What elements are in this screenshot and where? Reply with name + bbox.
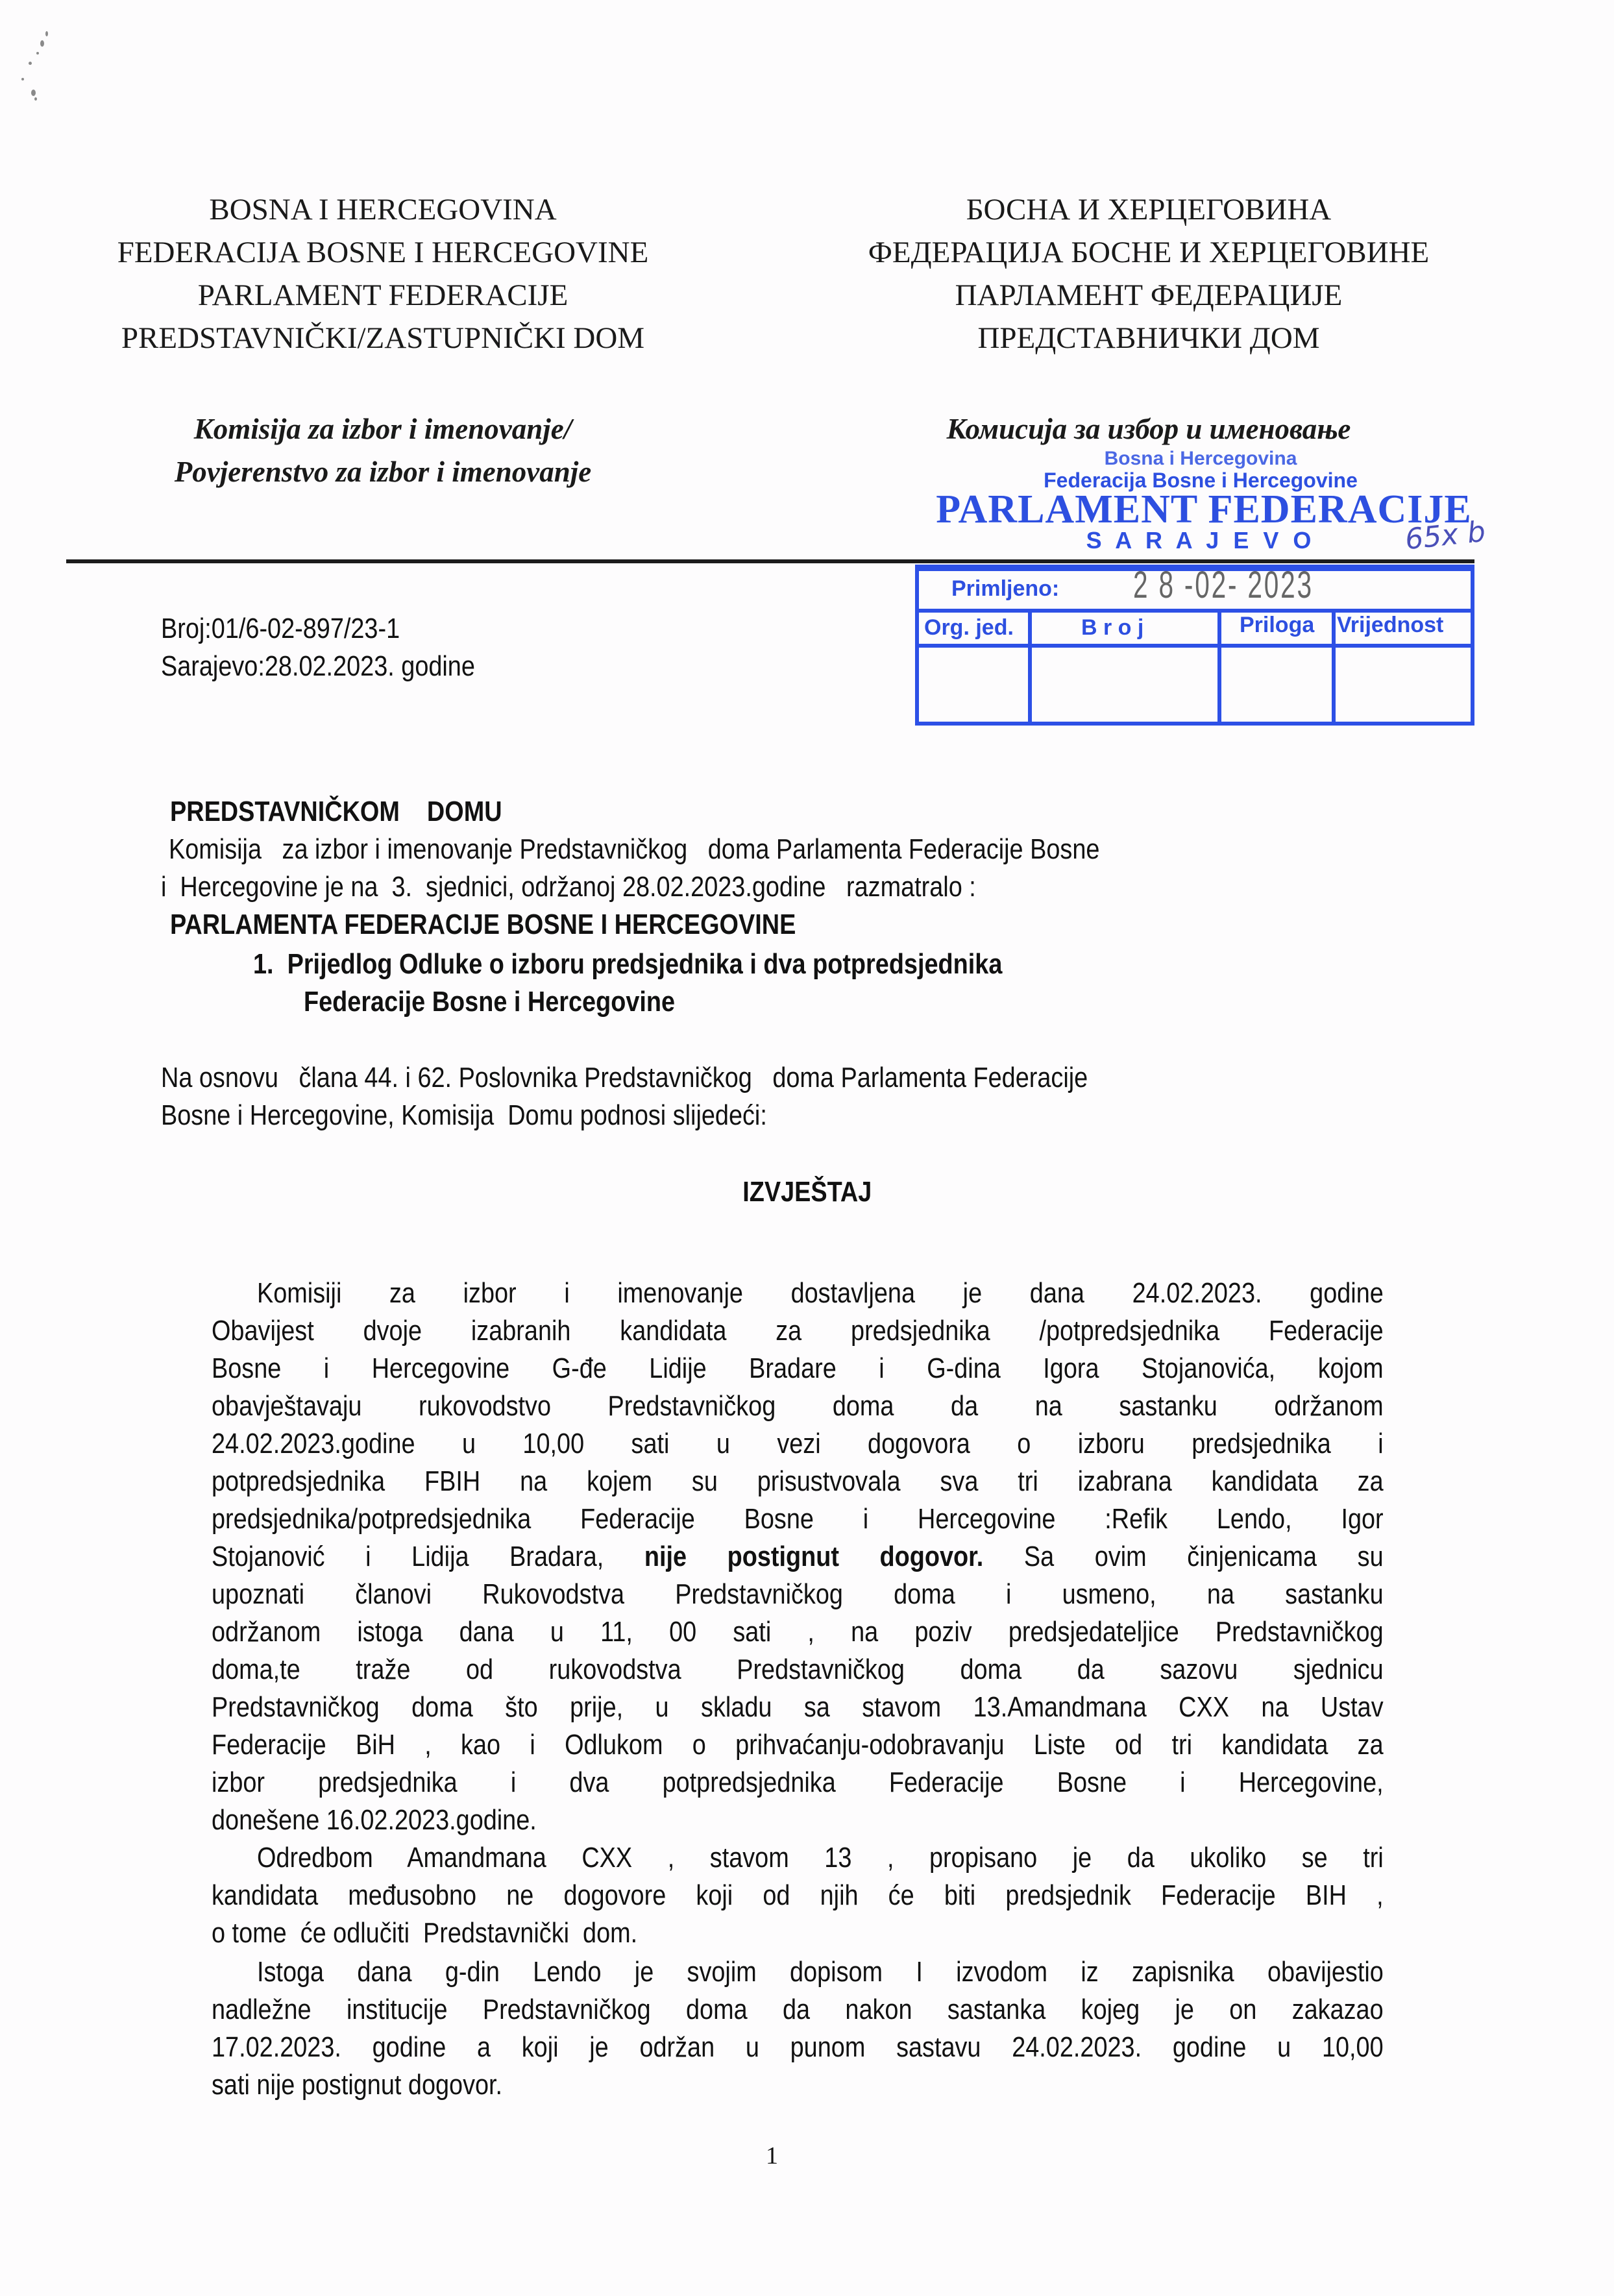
- reference-block: Broj:01/6-02-897/23-1 Sarajevo:28.02.202…: [161, 610, 526, 685]
- report-line: nadležne institucije Predstavničkog doma…: [212, 1991, 1386, 2029]
- report-line: upoznati članovi Rukovodstva Predstavnič…: [212, 1576, 1386, 1613]
- report-line: 17.02.2023. godine a koji je održan u pu…: [212, 2029, 1386, 2066]
- header-cyrillic-line: БОСНА И ХЕРЦЕГОВИНА: [824, 188, 1473, 231]
- stamp-col-broj: B r o j: [1081, 615, 1143, 641]
- stamp-table: Primljeno: 2 8 -02- 2023 Org. jed. B r o…: [915, 565, 1474, 726]
- report-line: Odredbom Amandmana CXX , stavom 13 , pro…: [257, 1839, 1386, 1877]
- commission-latin: Komisija za izbor i imenovanje/ Povjeren…: [65, 408, 701, 493]
- header-latin-line: PARLAMENT FEDERACIJE: [65, 274, 701, 317]
- report-line-emphasis: Stojanović i Lidija Bradara, nije postig…: [212, 1538, 1386, 1576]
- basis-line: Bosne i Hercegovine, Komisija Domu podno…: [161, 1097, 767, 1134]
- basis-line: Na osnovu člana 44. i 62. Poslovnika Pre…: [161, 1059, 1088, 1097]
- intro-line: i Hercegovine je na 3. sjednici, održano…: [161, 868, 976, 906]
- header-cyrillic-line: ФЕДЕРАЦИЈА БОСНЕ И ХЕРЦЕГОВИНЕ: [824, 231, 1473, 274]
- commission-cyrillic: Комисија за избор и именовање: [824, 408, 1473, 450]
- header-latin-line: FEDERACIJA BOSNE I HERCEGOVINE: [65, 231, 701, 274]
- agenda-title: Prijedlog Odluke o izboru predsjednika i…: [287, 948, 1003, 980]
- report-line: Obavijest dvoje izabranih kandidata za p…: [212, 1312, 1386, 1350]
- report-emphasis: nije postignut dogovor.: [644, 1541, 983, 1572]
- stamp-city: S A R A J E V O: [973, 527, 1428, 554]
- commission-latin-line: Povjerenstvo za izbor i imenovanje: [65, 450, 701, 493]
- report-text: Stojanović i Lidija Bradara,: [212, 1541, 604, 1572]
- stamp-title: PARLAMENT FEDERACIJE: [935, 487, 1473, 533]
- report-line: donešene 16.02.2023.godine.: [212, 1801, 589, 1839]
- commission-latin-line: Komisija za izbor i imenovanje/: [65, 408, 701, 450]
- report-title-text: IZVJEŠTAJ: [742, 1173, 872, 1211]
- stamp-col-vrijednost: Vrijednost: [1337, 613, 1443, 638]
- header-cyrillic: БОСНА И ХЕРЦЕГОВИНА ФЕДЕРАЦИЈА БОСНЕ И Х…: [824, 188, 1473, 360]
- report-line: kandidata međusobno ne dogovore koji od …: [212, 1877, 1386, 1914]
- stamp-received-label: Primljeno:: [951, 576, 1059, 602]
- agenda-title-cont: Federacije Bosne i Hercegovine: [304, 983, 675, 1021]
- report-line: Komisiji za izbor i imenovanje dostavlje…: [257, 1275, 1386, 1312]
- intro-paragraph: Komisija za izbor i imenovanje Predstavn…: [169, 831, 1251, 906]
- report-line: doma,te traže od rukovodstva Predstavnič…: [212, 1651, 1386, 1689]
- stamp-col-org: Org. jed.: [924, 615, 1014, 641]
- report-line: Federacije BiH , kao i Odlukom o prihvać…: [212, 1726, 1386, 1764]
- report-line: izbor predsjednika i dva potpredsjednika…: [212, 1764, 1386, 1801]
- commission-cyrillic-line: Комисија за избор и именовање: [824, 408, 1473, 450]
- basis-paragraph: Na osnovu člana 44. i 62. Poslovnika Pre…: [161, 1059, 1239, 1134]
- page-number: 1: [766, 2142, 778, 2170]
- report-text: Sa ovim činjenicama su: [1024, 1541, 1384, 1572]
- stamp-col-priloga: Priloga: [1240, 613, 1314, 638]
- report-line: o tome će odlučiti Predstavnički dom.: [212, 1914, 707, 1952]
- document-number: Broj:01/6-02-897/23-1: [161, 610, 400, 648]
- report-line: obavještavaju rukovodstvo Predstavničkog…: [212, 1387, 1386, 1425]
- intro-line: Komisija za izbor i imenovanje Predstavn…: [169, 831, 1099, 868]
- header-latin: BOSNA I HERCEGOVINA FEDERACIJA BOSNE I H…: [65, 188, 701, 360]
- report-line: potpredsjednika FBIH na kojem su prisust…: [212, 1463, 1386, 1500]
- header-latin-line: BOSNA I HERCEGOVINA: [65, 188, 701, 231]
- report-title: IZVJEŠTAJ: [0, 1173, 1614, 1211]
- stamp-top-line: Bosna i Hercegovina: [973, 448, 1428, 470]
- agenda-item: 1. Prijedlog Odluke o izboru predsjednik…: [253, 946, 1124, 1021]
- report-line: 24.02.2023.godine u 10,00 sati u vezi do…: [212, 1425, 1386, 1463]
- header-cyrillic-line: ПАРЛАМЕНТ ФЕДЕРАЦИЈЕ: [824, 274, 1473, 317]
- report-line: predsjednika/potpredsjednika Federacije …: [212, 1500, 1386, 1538]
- recipient-line: PARLAMENTA FEDERACIJE BOSNE I HERCEGOVIN…: [170, 906, 796, 944]
- document-place-date: Sarajevo:28.02.2023. godine: [161, 648, 475, 685]
- header-cyrillic-line: ПРЕДСТАВНИЧКИ ДОМ: [824, 317, 1473, 360]
- report-line: Predstavničkog doma što prije, u skladu …: [212, 1689, 1386, 1726]
- recipient-line: PREDSTAVNIČKOM DOMU: [170, 793, 502, 831]
- report-line: Istoga dana g-din Lendo je svojim dopiso…: [257, 1953, 1386, 1991]
- header-separator: [66, 559, 1474, 563]
- report-line: sati nije postignut dogovor.: [212, 2066, 550, 2104]
- agenda-number: 1.: [253, 948, 274, 980]
- stamp-received-date: 2 8 -02- 2023: [1133, 563, 1314, 607]
- report-line: Bosne i Hercegovine G-đe Lidije Bradare …: [212, 1350, 1386, 1387]
- header-latin-line: PREDSTAVNIČKI/ZASTUPNIČKI DOM: [65, 317, 701, 360]
- report-line: održanom istoga dana u 11, 00 sati , na …: [212, 1613, 1386, 1651]
